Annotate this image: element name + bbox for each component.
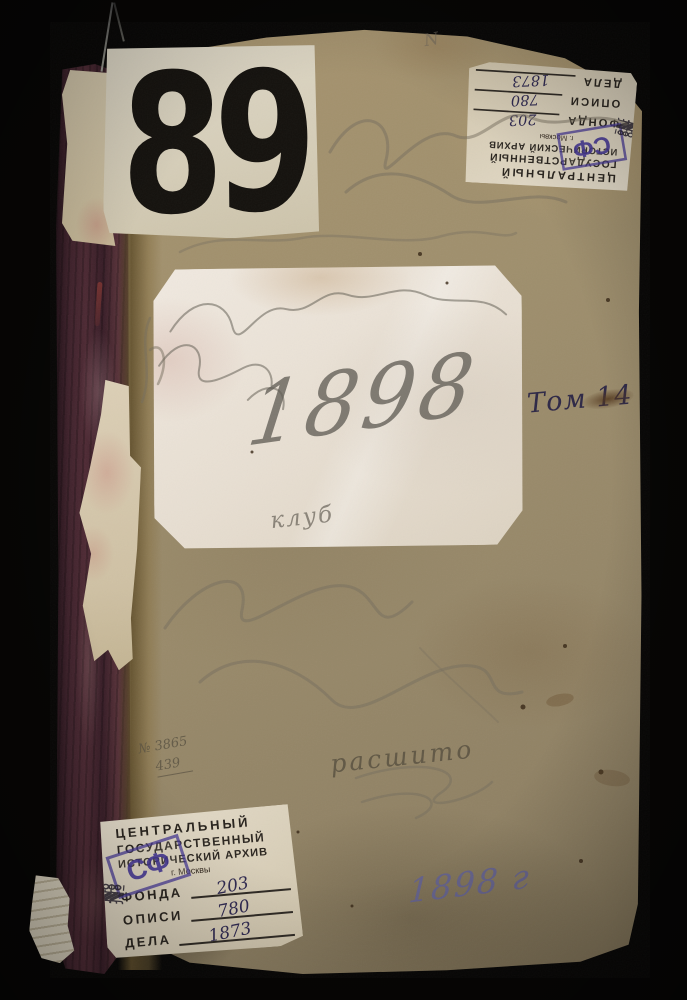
title-label: 1898 клуб bbox=[149, 262, 527, 552]
pencil-n-mark: N bbox=[422, 29, 440, 51]
opis-row: ОПИСИ 780 bbox=[474, 89, 621, 112]
delo-row: ДЕЛА 1873 bbox=[475, 69, 622, 92]
archive-stamp-label-bottom: ЦЕНТРАЛЬНЫЙ ГОСУДАРСТВЕННЫЙ ИСТОРИЧЕСКИЙ… bbox=[96, 804, 304, 962]
archive-stamp-label-top: ЦЕНТРАЛЬНЫЙ ГОСУДАРСТВЕННЫЙ ИСТОРИЧЕСКИЙ… bbox=[462, 61, 638, 192]
delo-value-handwritten: 1873 bbox=[207, 919, 253, 947]
delo-label: ДЕЛА bbox=[581, 75, 622, 90]
fill-in-line: 1873 bbox=[475, 69, 575, 89]
fill-in-line: 203 bbox=[190, 874, 291, 899]
case-number: 89 bbox=[120, 46, 308, 243]
fill-in-line: 780 bbox=[474, 89, 562, 108]
pencil-number-note: № 3865 439 bbox=[137, 732, 193, 780]
archival-book-cover-photo: 89 ЦЕНТРАЛЬНЫЙ ГОСУДАРСТВЕННЫЙ ИСТОРИЧЕС… bbox=[0, 0, 687, 1000]
fill-in-line: 1873 bbox=[179, 920, 296, 946]
delo-label: ДЕЛА bbox=[124, 932, 172, 951]
fill-in-line: 203 bbox=[473, 108, 560, 127]
opis-value-handwritten: 780 bbox=[511, 90, 540, 108]
opis-label: ОПИСИ bbox=[568, 95, 620, 111]
fond-value-handwritten: 203 bbox=[215, 873, 251, 899]
case-number-label: 89 bbox=[103, 43, 321, 239]
delo-value-handwritten: 1873 bbox=[511, 71, 549, 90]
fill-in-line: 780 bbox=[190, 897, 293, 922]
opis-label: ОПИСИ bbox=[122, 908, 183, 928]
binding-thread bbox=[113, 2, 125, 41]
fond-value-handwritten: 203 bbox=[509, 110, 538, 128]
